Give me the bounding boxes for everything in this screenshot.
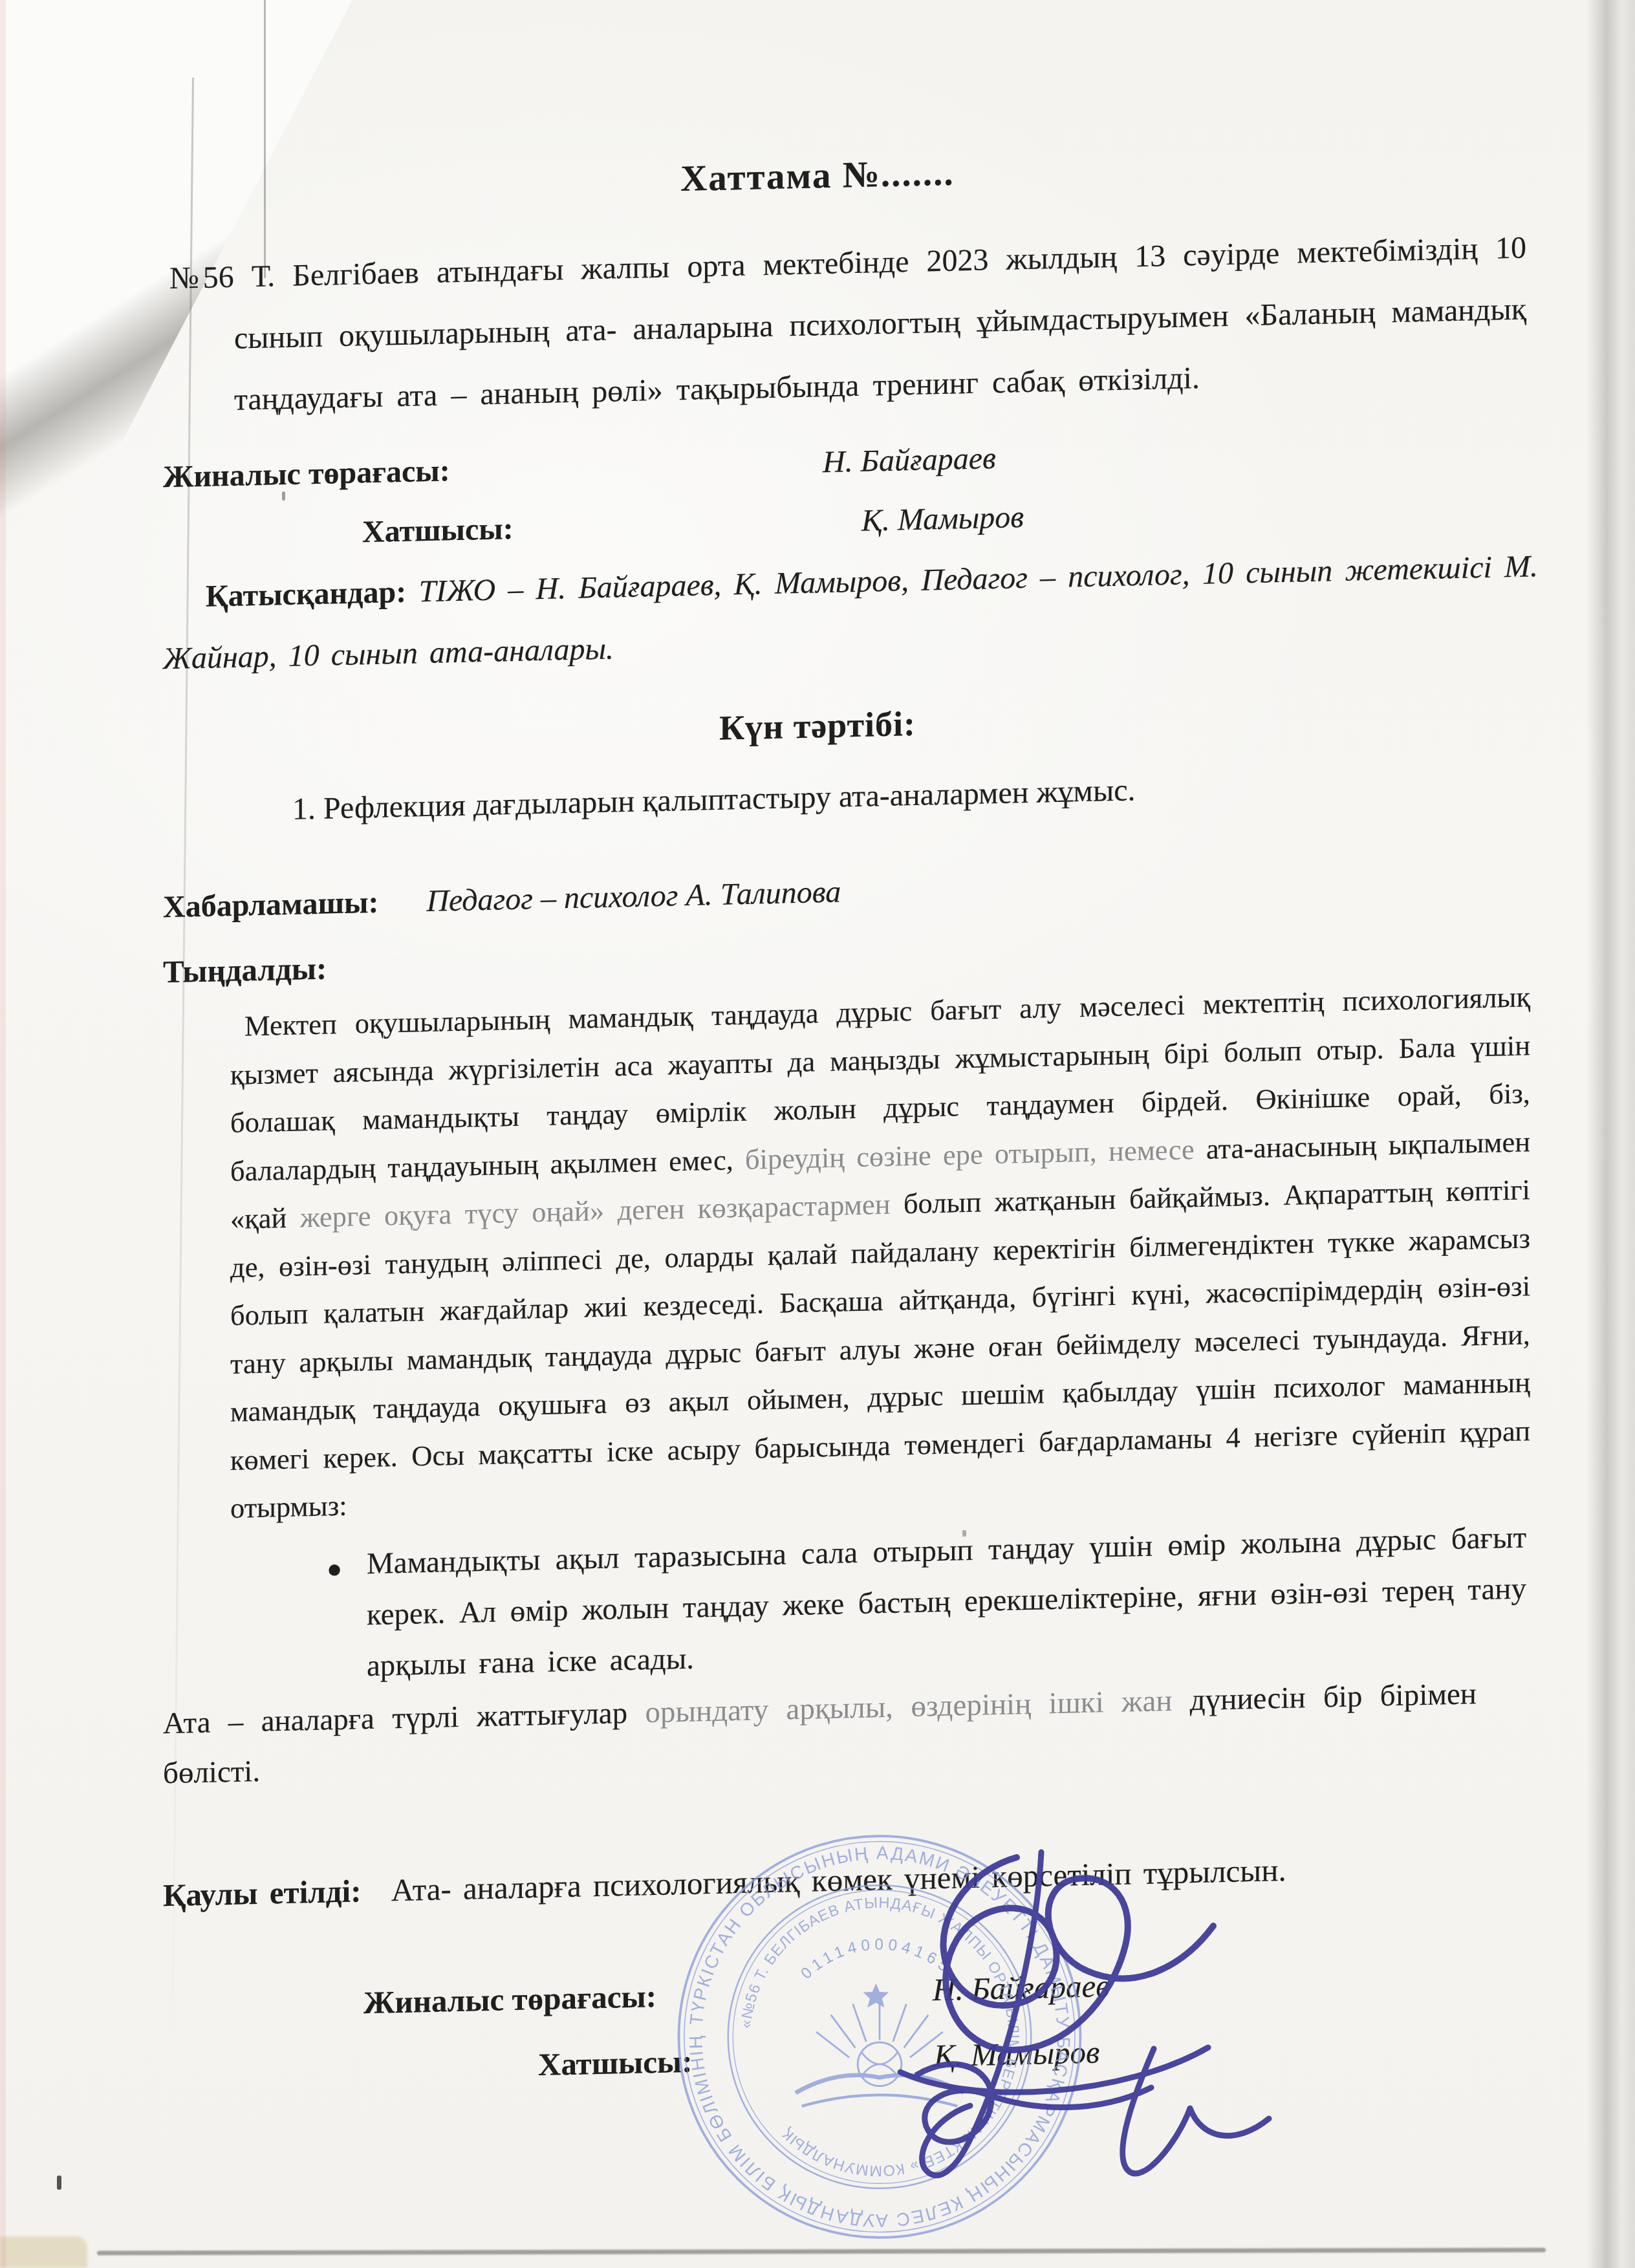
chairman-name: Н. Байғараев xyxy=(823,429,996,492)
agenda-heading: Күн тәртібі: xyxy=(0,687,1635,764)
speaker-label: Хабарламашы: xyxy=(163,885,378,925)
signature-stroke xyxy=(943,1857,1213,2050)
document-title: Хаттама №....... xyxy=(0,136,1635,215)
signature-stroke xyxy=(1123,2049,1269,2174)
ink-speck xyxy=(57,2176,61,2190)
secretary-label: Хатшысы: xyxy=(362,491,861,563)
participants-label: Қатысқандар: xyxy=(206,575,406,614)
text-segment: жерге оқуға түсу оңай» деген көзқарастар… xyxy=(287,1188,890,1234)
bullet-marker-icon: ● xyxy=(327,1539,367,1692)
text-segment: Ата – аналарға түрлі жаттығулар xyxy=(163,1696,627,1740)
decision-label: Қаулы етілді: xyxy=(163,1873,361,1913)
speaker-name: Педагог – психолог А. Талипова xyxy=(426,874,841,918)
chairman-secretary-signature xyxy=(763,1834,1358,2196)
secretary-name: Қ. Мамыров xyxy=(861,488,1024,551)
text-segment: орындату арқылы, өздерінің ішкі жан xyxy=(627,1683,1172,1729)
document-content: Хаттама №....... №56 Т. Белгібаев атында… xyxy=(0,0,1635,2110)
intro-paragraph: №56 Т. Белгібаев атындағы жалпы орта мек… xyxy=(234,217,1526,430)
signature-stroke xyxy=(917,2064,1151,2142)
agenda-item-1: 1. Рефлекция дағдыларын қалыптастыру ата… xyxy=(292,755,1525,835)
participants-text: ТІЖО – Н. Байғараев, Қ. Мамыров, Педагог… xyxy=(163,549,1538,676)
scan-bottom-left-mark xyxy=(0,2236,87,2268)
report-body-paragraph: Мектеп оқушыларының мамандық таңдауда дұ… xyxy=(230,973,1530,1532)
signature-stroke xyxy=(900,2047,1208,2092)
bullet-text: Мамандықты ақыл таразысына сала отырып т… xyxy=(367,1512,1526,1692)
text-segment: біреудің сөзіне ере отырып, немесе xyxy=(733,1133,1195,1176)
scanned-protocol-page: Хаттама №....... №56 Т. Белгібаев атында… xyxy=(0,0,1635,2268)
bullet-item: ● Мамандықты ақыл таразысына сала отырып… xyxy=(327,1512,1526,1692)
